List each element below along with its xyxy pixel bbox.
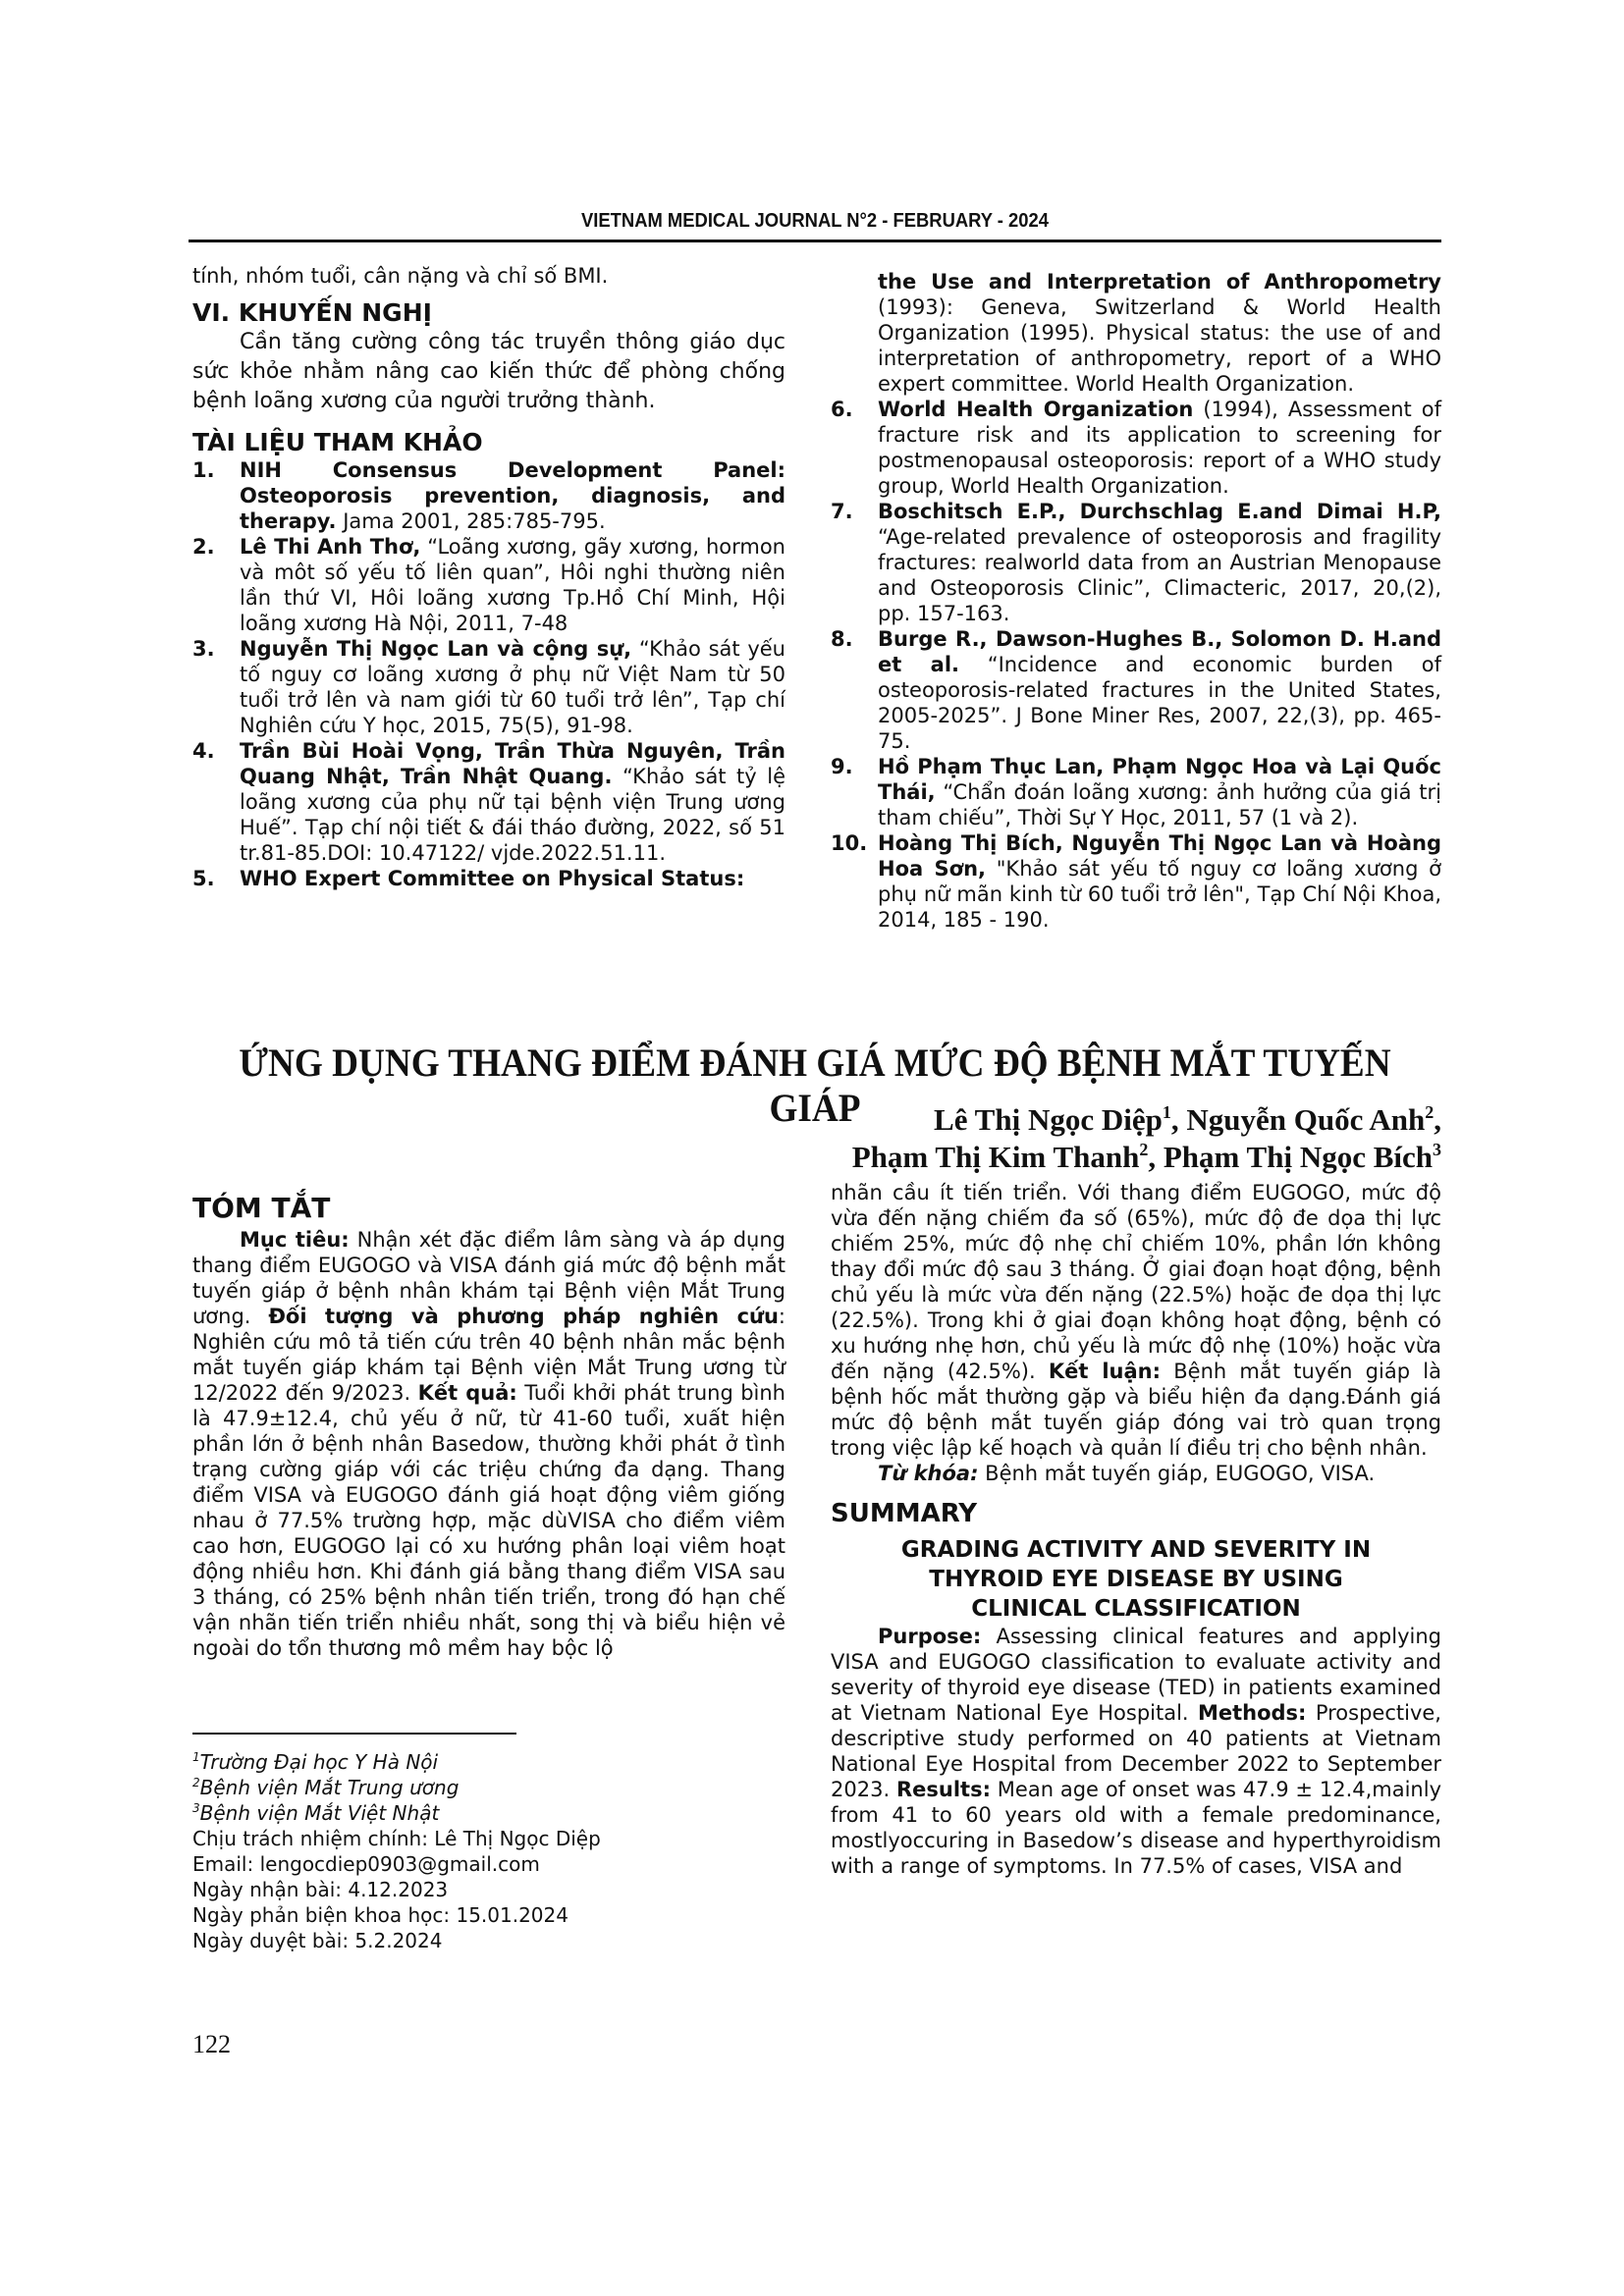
abstract-vi-column: TÓM TẮT Mục tiêu: Nhận xét đặc điểm lâm … [192, 1192, 785, 1661]
abstract-vi-body-continued: nhãn cầu ít tiến triển. Với thang điểm E… [831, 1180, 1441, 1461]
reference-item: 6. World Health Organization (1994), Ass… [831, 397, 1441, 499]
running-header: VIETNAM MEDICAL JOURNAL N°2 - FEBRUARY -… [239, 210, 1391, 233]
author-name: Phạm Thị Kim Thanh [852, 1140, 1140, 1174]
recommendation-heading: VI. KHUYẾN NGHỊ [192, 298, 785, 328]
contact-email: Email: lengocdiep0903@gmail.com [192, 1851, 785, 1877]
conclusion-tail: tính, nhóm tuổi, cân nặng và chỉ số BMI. [192, 263, 785, 289]
reference-item: 1. NIH Consensus Development Panel: Oste… [192, 457, 785, 534]
affiliation-1: 1Trường Đại học Y Hà Nội [192, 1749, 785, 1775]
abstract-vi-heading: TÓM TẮT [192, 1192, 785, 1225]
abstract-right-column: nhãn cầu ít tiến triển. Với thang điểm E… [831, 1180, 1441, 1879]
author-line-1: Lê Thị Ngọc Diệp1, Nguyễn Quốc Anh2, [852, 1101, 1441, 1139]
date-received: Ngày nhận bài: 4.12.2023 [192, 1877, 785, 1902]
reference-item-continued: the Use and Interpretation of Anthropome… [831, 269, 1441, 397]
date-approved: Ngày duyệt bài: 5.2.2024 [192, 1928, 785, 1953]
author-line-2: Phạm Thị Kim Thanh2, Phạm Thị Ngọc Bích3 [852, 1139, 1441, 1176]
footnote-rule [192, 1733, 516, 1735]
reference-item: 5. WHO Expert Committee on Physical Stat… [192, 866, 785, 891]
reference-item: 8. Burge R., Dawson-Hughes B., Solomon D… [831, 626, 1441, 754]
summary-heading: SUMMARY [831, 1498, 1441, 1529]
summary-body: Purpose: Assessing clinical features and… [831, 1624, 1441, 1879]
reference-item: 10. Hoàng Thị Bích, Nguyễn Thị Ngọc Lan … [831, 830, 1441, 933]
prev-article-left-column: tính, nhóm tuổi, cân nặng và chỉ số BMI.… [192, 263, 785, 891]
author-list: Lê Thị Ngọc Diệp1, Nguyễn Quốc Anh2, Phạ… [852, 1101, 1441, 1176]
journal-page: VIETNAM MEDICAL JOURNAL N°2 - FEBRUARY -… [0, 0, 1624, 2296]
keywords: Từ khóa: Bệnh mắt tuyến giáp, EUGOGO, VI… [831, 1461, 1441, 1486]
page-number: 122 [192, 2030, 231, 2059]
reference-item: 7. Boschitsch E.P., Durchschlag E.and Di… [831, 499, 1441, 626]
recommendation-text: Cần tăng cường công tác truyền thông giá… [192, 328, 785, 416]
abstract-vi-body: Mục tiêu: Nhận xét đặc điểm lâm sàng và … [192, 1227, 785, 1661]
reference-item: 2. Lê Thi Anh Thơ, “Loãng xương, gãy xươ… [192, 534, 785, 636]
affiliation-3: 3Bệnh viện Mắt Việt Nhật [192, 1800, 785, 1826]
references-heading: TÀI LIỆU THAM KHẢO [192, 428, 785, 457]
reference-item: 3. Nguyễn Thị Ngọc Lan và cộng sự, “Khảo… [192, 636, 785, 738]
prev-article-right-column: the Use and Interpretation of Anthropome… [831, 269, 1441, 933]
footnotes: 1Trường Đại học Y Hà Nội 2Bệnh viện Mắt … [192, 1749, 785, 1953]
author-name: Nguyễn Quốc Anh [1186, 1102, 1425, 1137]
affiliation-2: 2Bệnh viện Mắt Trung ương [192, 1775, 785, 1800]
reference-item: 4. Trần Bùi Hoài Vọng, Trần Thừa Nguyên,… [192, 738, 785, 866]
author-name: Phạm Thị Ngọc Bích [1164, 1140, 1433, 1174]
header-rule [189, 240, 1441, 242]
responsible-author: Chịu trách nhiệm chính: Lê Thị Ngọc Diệp [192, 1826, 785, 1851]
date-reviewed: Ngày phản biện khoa học: 15.01.2024 [192, 1902, 785, 1928]
summary-title: GRADING ACTIVITY AND SEVERITY IN THYROID… [831, 1535, 1441, 1624]
reference-item: 9. Hồ Phạm Thục Lan, Phạm Ngọc Hoa và Lạ… [831, 754, 1441, 830]
author-name: Lê Thị Ngọc Diệp [934, 1102, 1163, 1137]
